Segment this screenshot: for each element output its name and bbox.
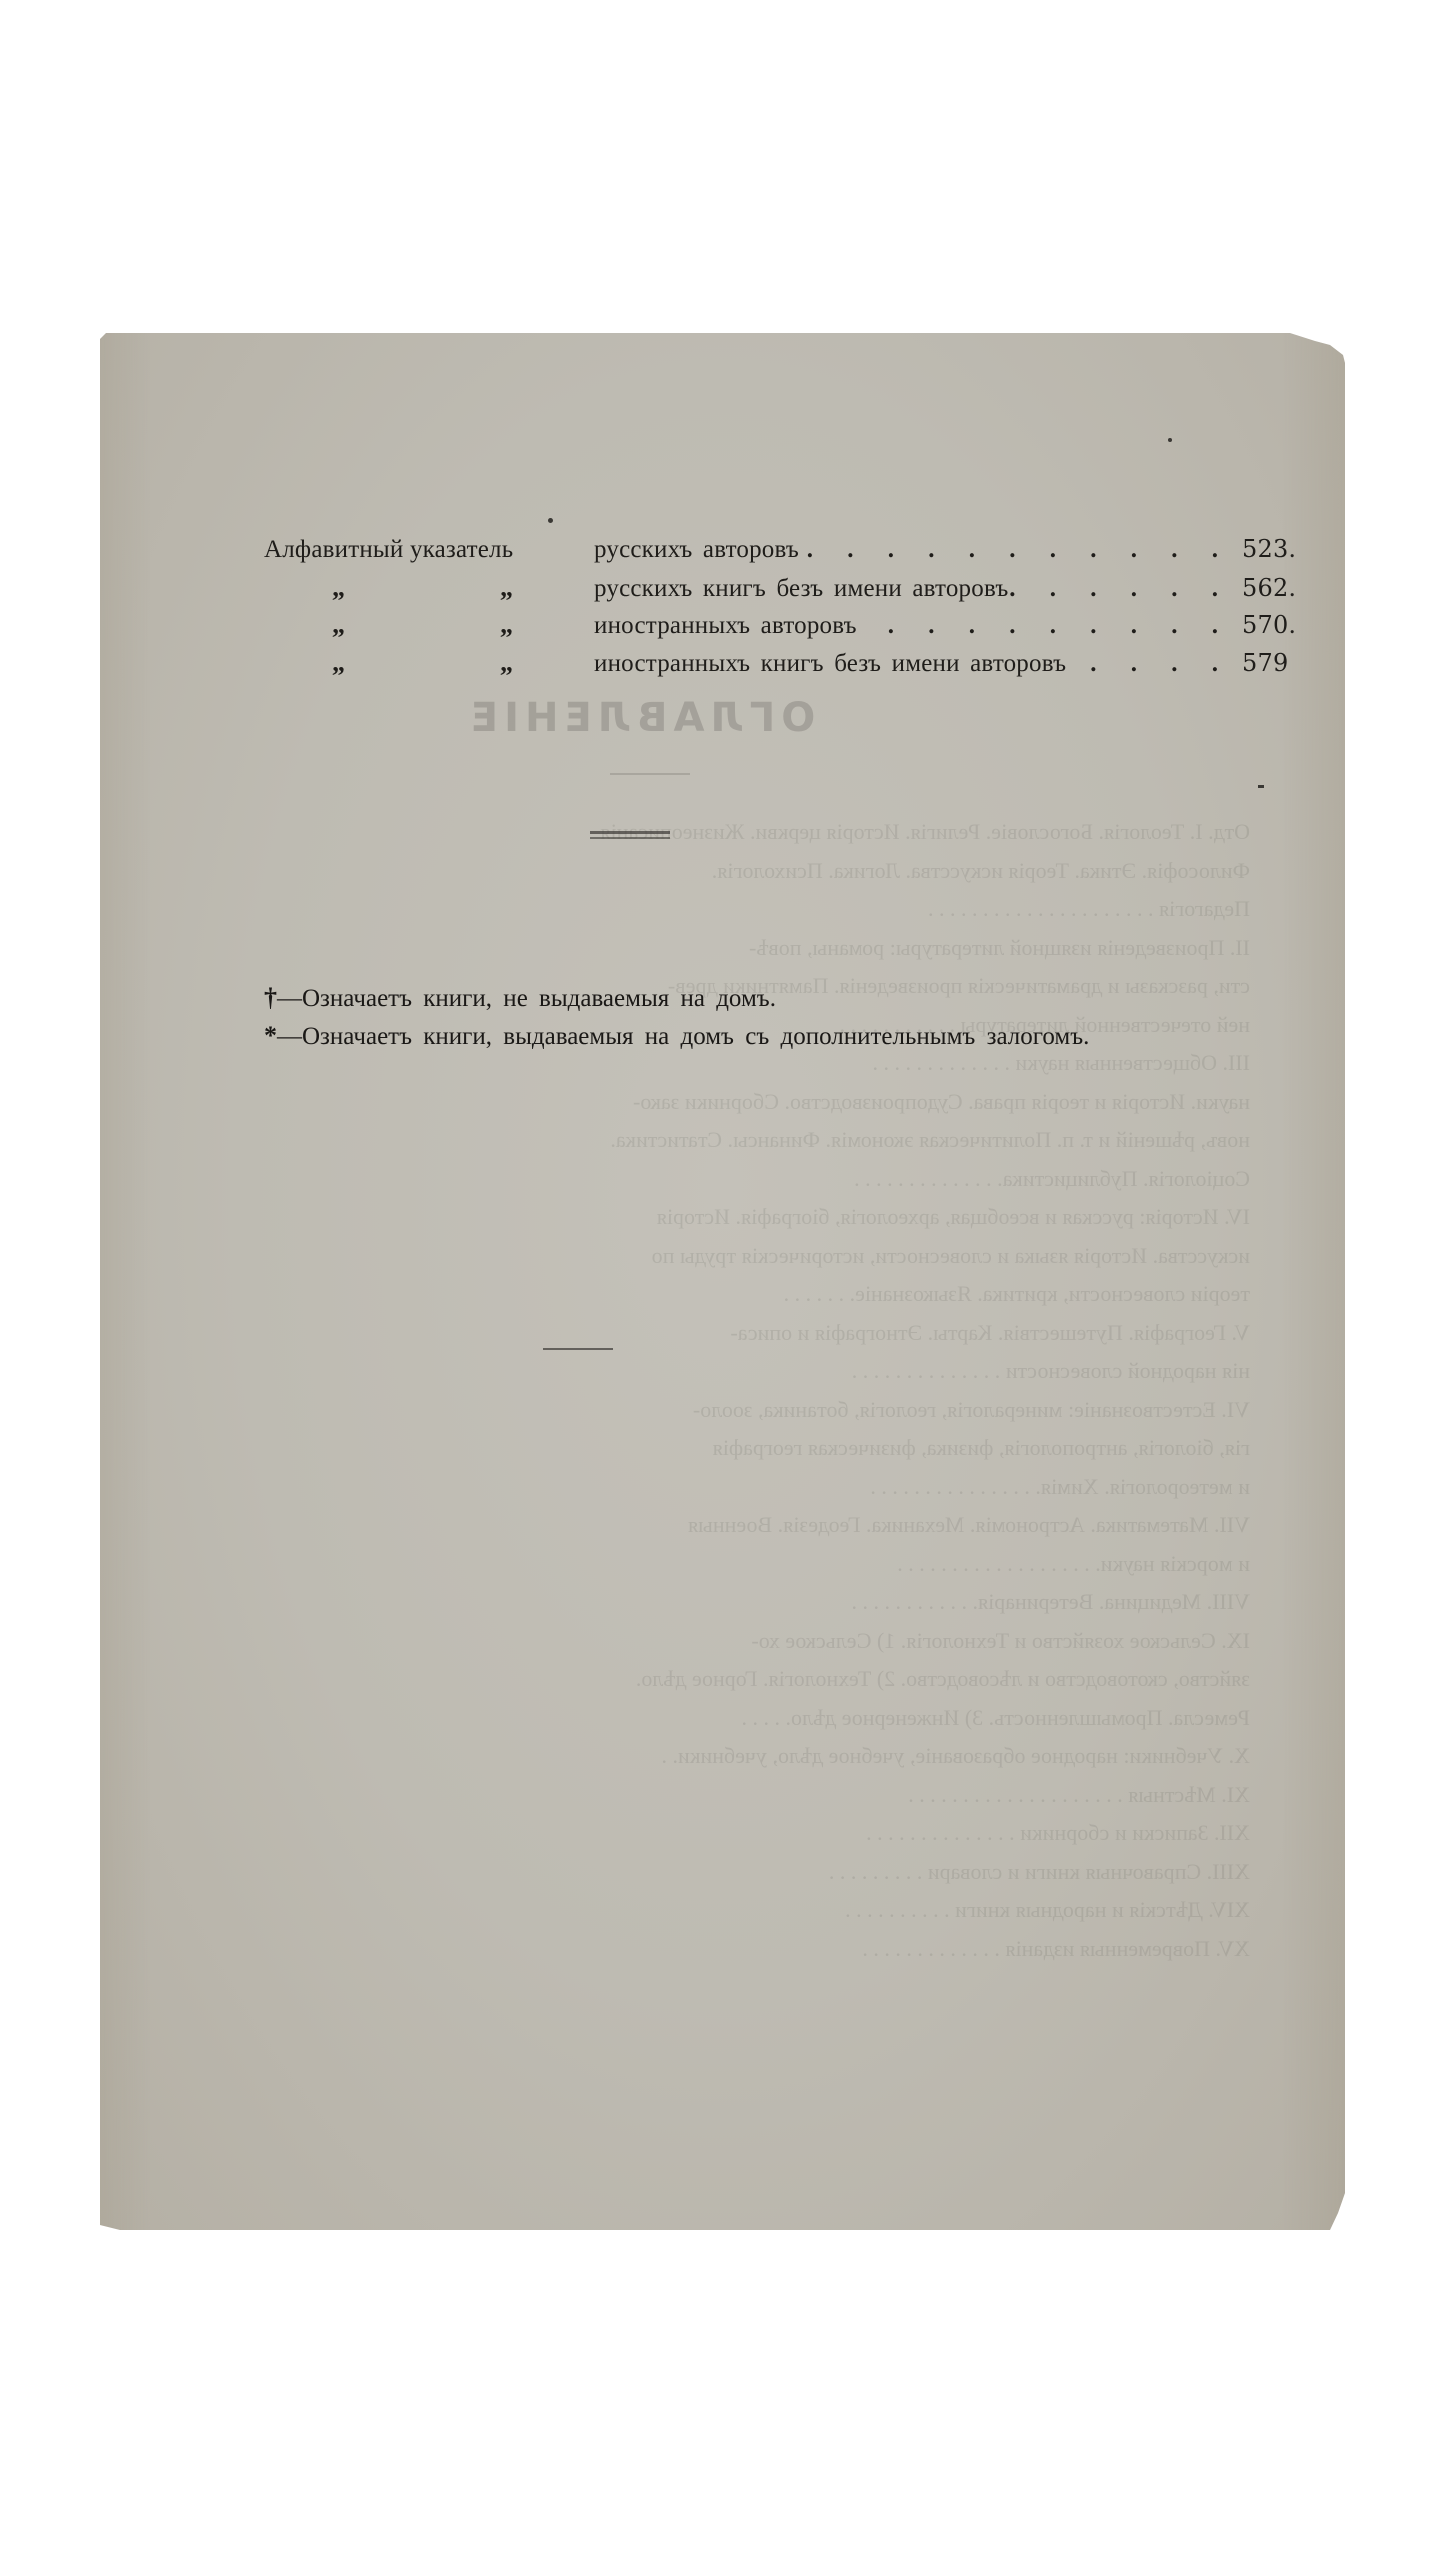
ink-speck [1168,438,1172,442]
footnote-text: Означаетъ книги, выдаваемыя на домъ съ д… [302,1023,1089,1050]
ghost-line: IV. Исторія: русская и всеобщая, археоло… [290,1198,1250,1237]
asterisk-symbol: * [264,1021,277,1050]
ghost-line: нія народной словесности . . . . . . . .… [290,1352,1250,1391]
ghost-line: и морскія науки. . . . . . . . . . . . .… [290,1545,1250,1584]
ghost-line: зяйство, скотоводство и лѣсоводство. 2) … [290,1660,1250,1699]
ghost-line-text: теоріи словесности, критика. Языкознаніе… [784,1281,1250,1306]
ghost-line-text: зяйство, скотоводство и лѣсоводство. 2) … [636,1666,1250,1691]
ghost-line: XV. Повременныя изданія . . . . . . . . … [290,1930,1250,1969]
ghost-line: Отд. I. Теологія. Богословіе. Религія. И… [290,813,1250,852]
ghost-line: искусства. Исторія языка и словесности, … [290,1237,1250,1276]
ghost-line-text: и метеорологія. Химія. . . . . . . . . .… [870,1474,1250,1499]
ghost-line-text: XI. Мѣстныя . . . . . . . . . . . . . . … [908,1782,1250,1807]
index-entry: Алфавитный указатель русскихъ авторовъ .… [264,535,1304,573]
ghost-line: Педагогія . . . . . . . . . . . . . . . … [290,890,1250,929]
ghost-line-text: IV. Исторія: русская и всеобщая, археоло… [657,1204,1250,1229]
ghost-line: V. Географія. Путешествія. Карты. Этногр… [290,1314,1250,1353]
page-number: 570. [1232,611,1304,639]
entry-title: русскихъ книгъ безъ имени авторовъ [594,575,1008,603]
ghost-line-text: IX. Сельское хозяйство и Технологія. 1) … [751,1628,1250,1653]
ghost-line-text: XII. Записки и сборники . . . . . . . . … [866,1820,1250,1845]
ghost-line: XII. Записки и сборники . . . . . . . . … [290,1814,1250,1853]
ghost-line: XI. Мѣстныя . . . . . . . . . . . . . . … [290,1776,1250,1815]
book-page: ОГЛАВЛЕНІЕ Отд. I. Теологія. Богословіе.… [100,333,1345,2230]
ghost-line-text: гія, біологія, антропологія, физика, физ… [713,1435,1250,1460]
ink-rule [590,837,670,839]
ghost-line-text: X. Учебники: народное образованіе, учебн… [661,1743,1250,1768]
footnote-dagger: †—Означаетъ книги, не выдаваемыя на домъ… [264,983,1344,1021]
index-entry: „ „ иностранныхъ книгъ безъ имени авторо… [264,648,1304,686]
ditto-mark: „ [264,573,500,603]
ghost-line-text: искусства. Исторія языка и словесности, … [652,1243,1250,1268]
ghost-line: IX. Сельское хозяйство и Технологія. 1) … [290,1622,1250,1661]
ghost-line: новъ, рѣшеній и т. п. Политическая эконо… [290,1121,1250,1160]
entry-title: иностранныхъ авторовъ [594,612,857,640]
symbol-legend: †—Означаетъ книги, не выдаваемыя на домъ… [264,983,1344,1059]
ghost-line-text: VI. Естествознаніе: минералогія, геологі… [693,1397,1250,1422]
ghost-line-text: XIII. Справочныя книги и словари . . . .… [829,1859,1250,1884]
dot-leader: . . . . . . . . . . . . . . . . . . . . … [1008,575,1232,603]
ghost-line-text: II. Произведенія изящной литературы: ром… [749,935,1250,960]
ghost-line-text: XV. Повременныя изданія . . . . . . . . … [862,1936,1250,1961]
page-number: 523. [1232,535,1304,563]
index-entry: „ „ русскихъ книгъ безъ имени авторовъ .… [264,573,1304,611]
ghost-line: VI. Естествознаніе: минералогія, геологі… [290,1391,1250,1430]
ghost-line-text: новъ, рѣшеній и т. п. Политическая эконо… [610,1127,1250,1152]
ghost-line-text: науки. Исторія и теорія права. Судопроиз… [633,1089,1250,1114]
ghost-line: XIII. Справочныя книги и словари . . . .… [290,1853,1250,1892]
ghost-line-text: нія народной словесности . . . . . . . .… [852,1358,1250,1383]
ditto-mark: „ [264,648,500,678]
ghost-line: и метеорологія. Химія. . . . . . . . . .… [290,1468,1250,1507]
ghost-line: XIV. Дѣтскія и народныя книги . . . . . … [290,1891,1250,1930]
ghost-line-text: XIV. Дѣтскія и народныя книги . . . . . … [845,1897,1250,1922]
dagger-symbol: † [264,983,277,1012]
ghost-line: Соціологія. Публицистика. . . . . . . . … [290,1160,1250,1199]
index-entry: „ „ иностранныхъ авторовъ . . . . . . . … [264,610,1304,648]
ghost-line-text: Педагогія . . . . . . . . . . . . . . . … [928,896,1250,921]
page-number: 579 [1232,649,1304,677]
ink-speck [548,518,553,523]
footnote-asterisk: *—Означаетъ книги, выдаваемыя на домъ съ… [264,1021,1344,1059]
ghost-line-text: V. Географія. Путешествія. Карты. Этногр… [730,1320,1250,1345]
ghost-line-text: и морскія науки. . . . . . . . . . . . .… [897,1551,1250,1576]
ghost-line: теоріи словесности, критика. Языкознаніе… [290,1275,1250,1314]
ghost-line: VII. Математика. Астрономія. Механика. Г… [290,1506,1250,1545]
ghost-line-text: Ремесла. Промышленность. 3) Инженерное д… [742,1705,1250,1730]
ditto-mark: „ [500,610,594,640]
ghost-line: X. Учебники: народное образованіе, учебн… [290,1737,1250,1776]
entry-title: иностранныхъ книгъ безъ имени авторовъ [594,650,1066,678]
index-list: Алфавитный указатель русскихъ авторовъ .… [264,535,1304,685]
ghost-line-text: Философія. Этика. Теорія искусства. Логи… [712,858,1250,883]
ghost-line-text: Отд. I. Теологія. Богословіе. Религія. И… [600,819,1250,844]
em-dash: — [277,985,302,1012]
footnote-text: Означаетъ книги, не выдаваемыя на домъ. [302,985,776,1012]
ghost-line: Философія. Этика. Теорія искусства. Логи… [290,852,1250,891]
ghost-line-text: VIII. Медицина. Ветеринарія. . . . . . .… [851,1589,1250,1614]
entry-heading: Алфавитный указатель [264,536,500,564]
ghost-line: гія, біологія, антропологія, физика, физ… [290,1429,1250,1468]
ghost-line-text: Соціологія. Публицистика. . . . . . . . … [854,1166,1250,1191]
dot-leader: . . . . . . . . . . . . . . . . . . . . … [857,612,1232,640]
ink-speck [1258,785,1264,788]
ghost-line: Ремесла. Промышленность. 3) Инженерное д… [290,1699,1250,1738]
ditto-mark: „ [500,573,594,603]
dot-leader: . . . . . . . . . . . . . . . . . . . . … [1066,650,1232,678]
ghost-line: науки. Исторія и теорія права. Судопроиз… [290,1083,1250,1122]
ghost-rule [610,773,690,775]
ditto-mark: „ [500,648,594,678]
ink-rule [543,1348,613,1350]
ghost-line: II. Произведенія изящной литературы: ром… [290,929,1250,968]
ghost-title: ОГЛАВЛЕНІЕ [420,695,860,741]
entry-title: русскихъ авторовъ [594,536,799,564]
page-number: 562. [1232,574,1304,602]
ghost-line-text: VII. Математика. Астрономія. Механика. Г… [688,1512,1250,1537]
ditto-mark: „ [264,610,500,640]
em-dash: — [277,1023,302,1050]
dot-leader: . . . . . . . . . . . . . . . . . . . . … [799,536,1232,564]
ink-rule [590,831,670,834]
ghost-line: VIII. Медицина. Ветеринарія. . . . . . .… [290,1583,1250,1622]
